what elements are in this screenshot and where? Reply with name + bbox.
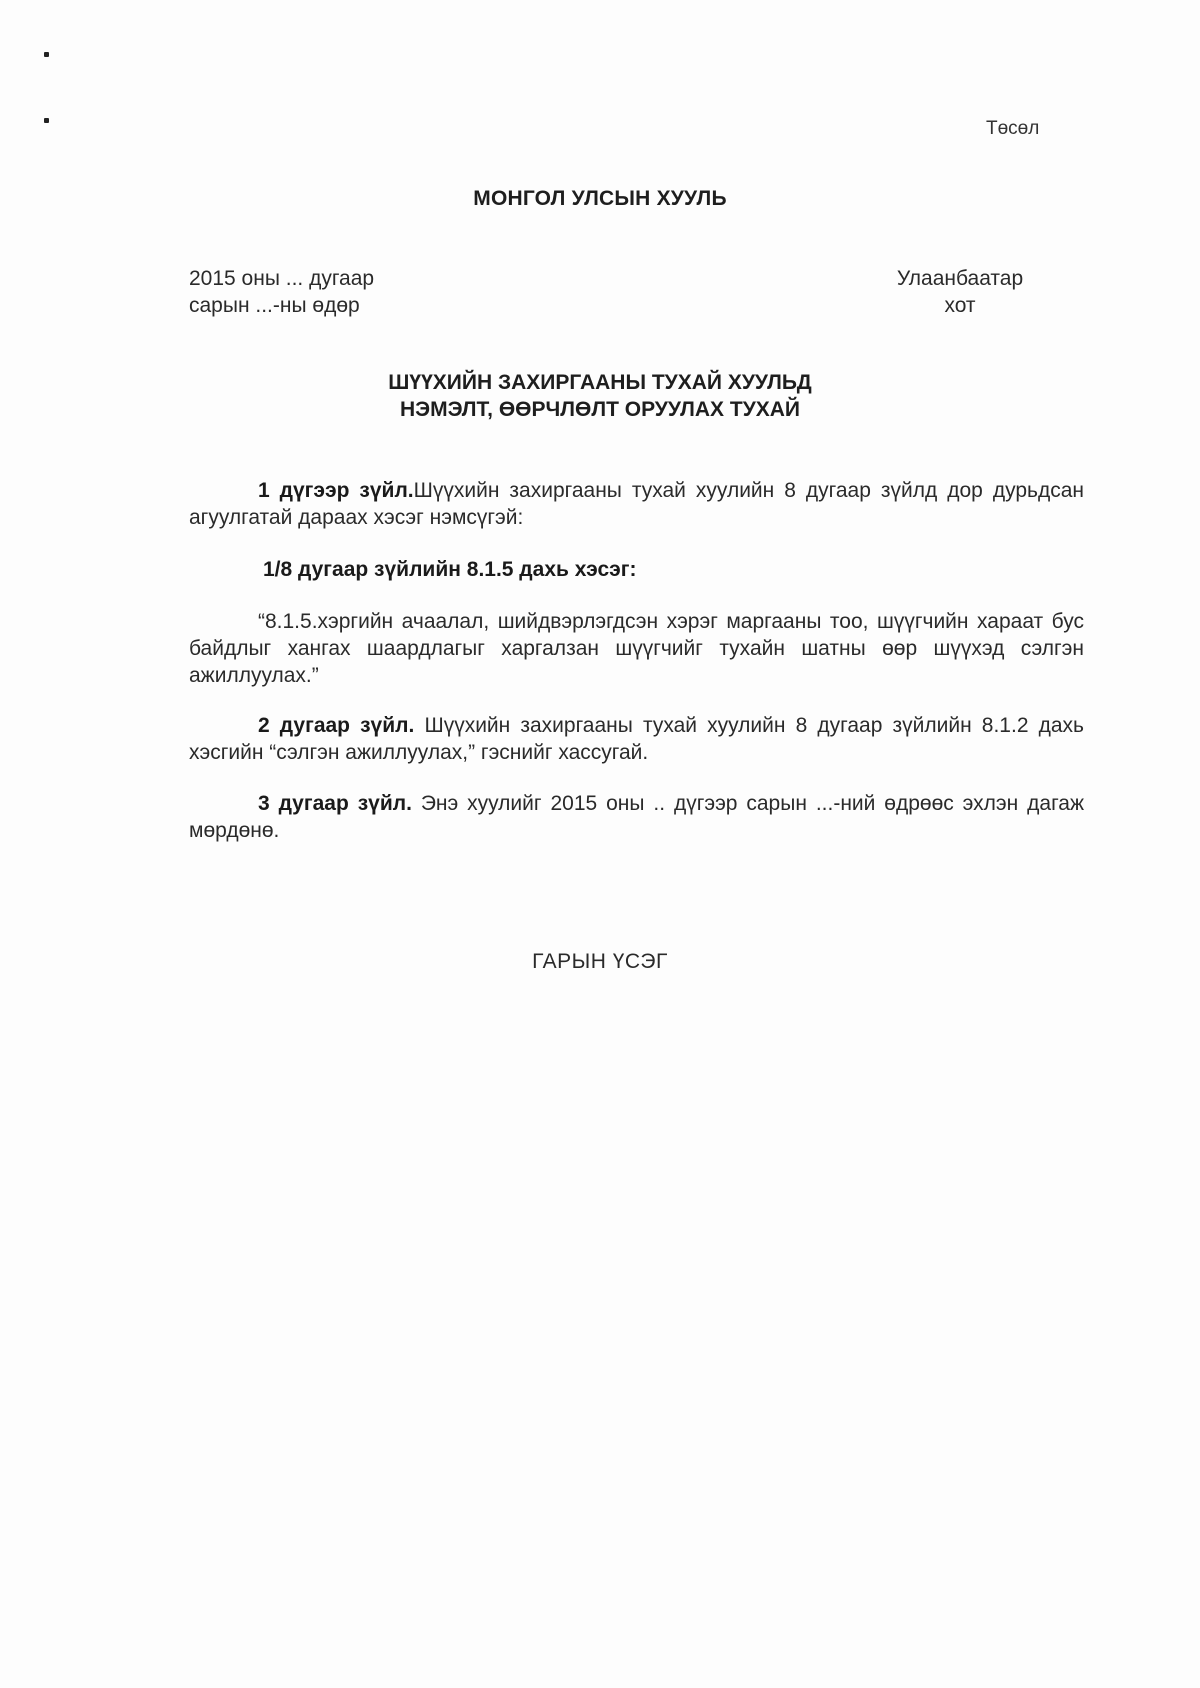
date-line-1: 2015 оны ... дугаар: [189, 265, 374, 292]
scan-mark: [44, 118, 49, 123]
quoted-provision-text: “8.1.5.хэргийн ачаалал, шийдвэрлэгдсэн х…: [189, 610, 1084, 687]
quoted-provision: “8.1.5.хэргийн ачаалал, шийдвэрлэгдсэн х…: [189, 608, 1084, 689]
subsection-heading: 1/8 дугаар зүйлийн 8.1.5 дахь хэсэг:: [263, 556, 1158, 583]
document-title-line-2: НЭМЭЛТ, ӨӨРЧЛӨЛТ ОРУУЛАХ ТУХАЙ: [0, 396, 1200, 423]
article-3: 3 дугаар зүйл. Энэ хуулийг 2015 оны .. д…: [189, 790, 1084, 844]
article-1: 1 дүгээр зүйл.Шүүхийн захиргааны тухай х…: [189, 477, 1084, 531]
date-line-2: сарын ...-ны өдөр: [189, 292, 374, 319]
article-1-heading: 1 дүгээр зүйл.: [258, 479, 414, 502]
signature-line: ГАРЫН ҮСЭГ: [0, 950, 1200, 974]
article-2: 2 дугаар зүйл. Шүүхийн захиргааны тухай …: [189, 712, 1084, 766]
place-line-1: Улаанбаатар: [888, 265, 1032, 292]
article-2-heading: 2 дугаар зүйл.: [258, 714, 414, 737]
place-block: Улаанбаатар хот: [888, 265, 1032, 319]
document-page: Төсөл МОНГОЛ УЛСЫН ХУУЛЬ 2015 оны ... ду…: [0, 0, 1200, 1688]
document-title: ШҮҮХИЙН ЗАХИРГААНЫ ТУХАЙ ХУУЛЬД НЭМЭЛТ, …: [0, 369, 1200, 423]
place-line-2: хот: [888, 292, 1032, 319]
law-title: МОНГОЛ УЛСЫН ХУУЛЬ: [0, 187, 1200, 211]
date-block: 2015 оны ... дугаар сарын ...-ны өдөр: [189, 265, 374, 319]
article-3-heading: 3 дугаар зүйл.: [258, 792, 412, 815]
document-title-line-1: ШҮҮХИЙН ЗАХИРГААНЫ ТУХАЙ ХУУЛЬД: [0, 369, 1200, 396]
scan-mark: [44, 52, 49, 57]
draft-label: Төсөл: [986, 118, 1039, 140]
